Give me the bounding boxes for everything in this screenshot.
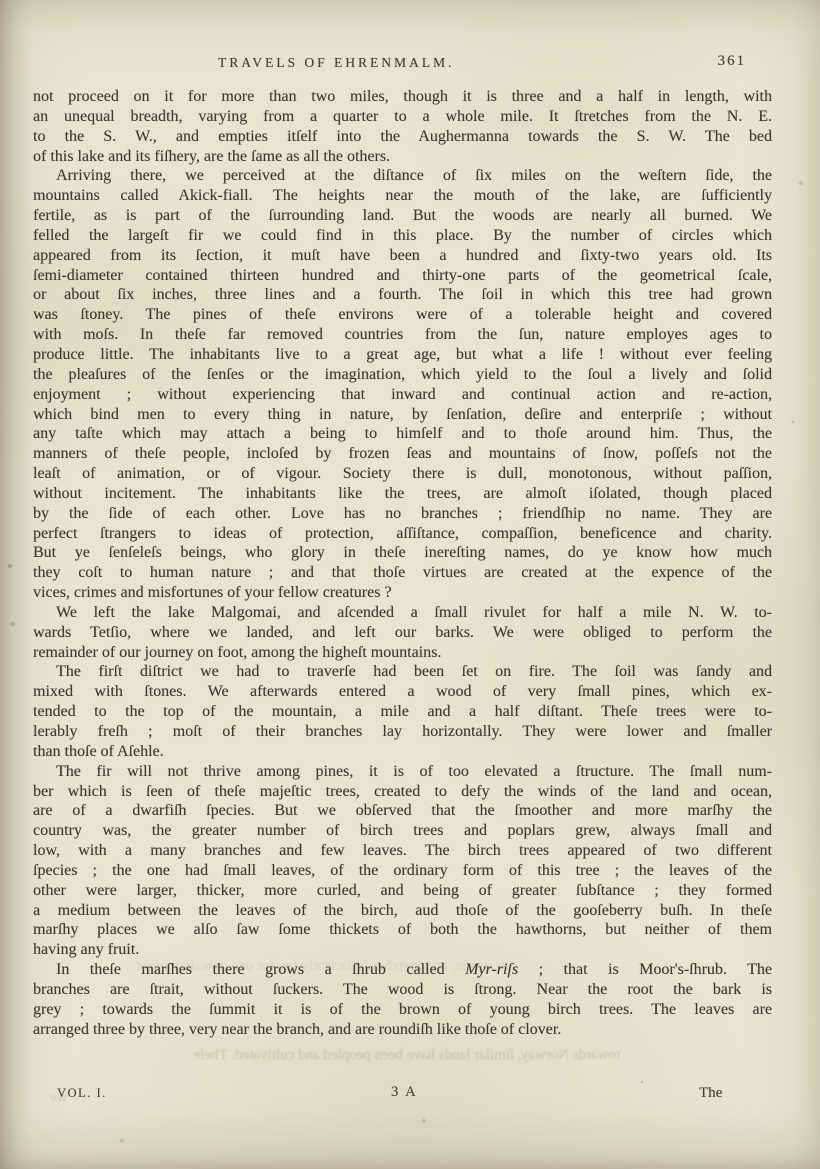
catchword: The	[699, 1085, 722, 1102]
text-line: branches are ſtrait, without ſuckers. Th…	[33, 980, 772, 1000]
paragraph: The fir will not thrive among pines, it …	[33, 762, 772, 960]
text-line: ſemi-diameter contained thirteen hundred…	[33, 266, 772, 286]
text-segment: ; that is Moor's-ſhrub. The	[518, 961, 772, 978]
text-line: vices, crimes and misfortunes of your fe…	[33, 583, 772, 603]
book-page: gentle, and ſtretches ſufficiently far, …	[0, 0, 820, 1169]
text-line: perfect ſtrangers to ideas of protection…	[33, 524, 772, 544]
paragraph: Arriving there, we perceived at the diſt…	[33, 166, 772, 603]
text-line: mixed with ſtones. We afterwards entered…	[33, 682, 772, 702]
text-line: the pleaſures of the ſenſes or the imagi…	[33, 365, 772, 385]
paragraph: In theſe marſhes there grows a ſhrub cal…	[33, 960, 772, 1039]
text-line: having any fruit.	[33, 940, 772, 960]
signature-mark: 3 A	[391, 1084, 418, 1101]
text-line: marſhy places we alſo ſaw ſome thickets …	[33, 920, 772, 940]
show-through-text-bottom: towards Norway, ſimilar lands have been …	[48, 1047, 766, 1064]
paragraph: not proceed on it for more than two mile…	[33, 87, 772, 166]
text-line: are of a dwarfiſh ſpecies. But we obſerv…	[33, 801, 772, 821]
text-line: But ye ſenſeleſs beings, who glory in th…	[33, 543, 772, 563]
body-text: not proceed on it for more than two mile…	[33, 87, 772, 1040]
text-line: a medium between the leaves of the birch…	[33, 901, 772, 921]
text-line: wards Tetſio, where we landed, and left …	[33, 623, 772, 643]
text-line: fertile, as is part of the ſurrounding l…	[33, 206, 772, 226]
text-line: In theſe marſhes there grows a ſhrub cal…	[33, 960, 772, 980]
text-line: We left the lake Malgomai, and aſcended …	[33, 603, 772, 623]
text-line: than thoſe of Aſehle.	[33, 742, 772, 762]
text-line: to the S. W., and empties itſelf into th…	[33, 127, 772, 147]
text-line: ſpecies ; the one had ſmall leaves, of t…	[33, 861, 772, 881]
text-line: arranged three by three, very near the b…	[33, 1020, 772, 1040]
text-line: low, with a many branches and few leaves…	[33, 841, 772, 861]
text-line: without incitement. The inhabitants like…	[33, 484, 772, 504]
paragraph: The firſt diſtrict we had to traverſe ha…	[33, 662, 772, 761]
text-line: tended to the top of the mountain, a mil…	[33, 702, 772, 722]
volume-label: VOL. I.	[57, 1086, 107, 1101]
page-number: 361	[718, 53, 747, 70]
text-segment: In theſe marſhes there grows a ſhrub cal…	[56, 961, 465, 978]
text-line: with moſs. In theſe far removed countrie…	[33, 325, 772, 345]
text-line: mountains called Akick-fiall. The height…	[33, 186, 772, 206]
text-line: of this lake and its fiſhery, are the ſa…	[33, 147, 772, 167]
text-line: they coſt to human nature ; and that tho…	[33, 563, 772, 583]
text-line: The fir will not thrive among pines, it …	[33, 762, 772, 782]
text-line: an unequal breadth, varying from a quart…	[33, 107, 772, 127]
text-line: grey ; towards the ſummit it is of the b…	[33, 1000, 772, 1020]
text-line: appeared from its ſection, it muſt have …	[33, 246, 772, 266]
text-line: Arriving there, we perceived at the diſt…	[33, 166, 772, 186]
italic-term: Myr-riſs	[465, 961, 518, 978]
text-line: was ſtoney. The pines of theſe environs …	[33, 305, 772, 325]
text-line: felled the largeſt fir we could find in …	[33, 226, 772, 246]
text-line: remainder of our journey on foot, among …	[33, 643, 772, 663]
text-line: The firſt diſtrict we had to traverſe ha…	[33, 662, 772, 682]
text-line: lerably freſh ; moſt of their branches l…	[33, 722, 772, 742]
text-line: leaſt of animation, or of vigour. Societ…	[33, 464, 772, 484]
text-line: produce little. The inhabitants live to …	[33, 345, 772, 365]
text-line: enjoyment ; without experiencing that in…	[33, 385, 772, 405]
paragraph: We left the lake Malgomai, and aſcended …	[33, 603, 772, 663]
text-line: other were larger, thicker, more curled,…	[33, 881, 772, 901]
text-line: not proceed on it for more than two mile…	[33, 87, 772, 107]
text-line: any taſte which may attach a being to hi…	[33, 424, 772, 444]
text-line: country was, the greater number of birch…	[33, 821, 772, 841]
text-line: manners of theſe people, incloſed by fro…	[33, 444, 772, 464]
text-line: or about ſix inches, three lines and a f…	[33, 285, 772, 305]
text-line: ber which is ſeen of theſe majeſtic tree…	[33, 782, 772, 802]
text-line: by the ſide of each other. Love has no b…	[33, 504, 772, 524]
text-line: which bind men to every thing in nature,…	[33, 405, 772, 425]
running-title: TRAVELS OF EHRENMALM.	[218, 55, 454, 71]
